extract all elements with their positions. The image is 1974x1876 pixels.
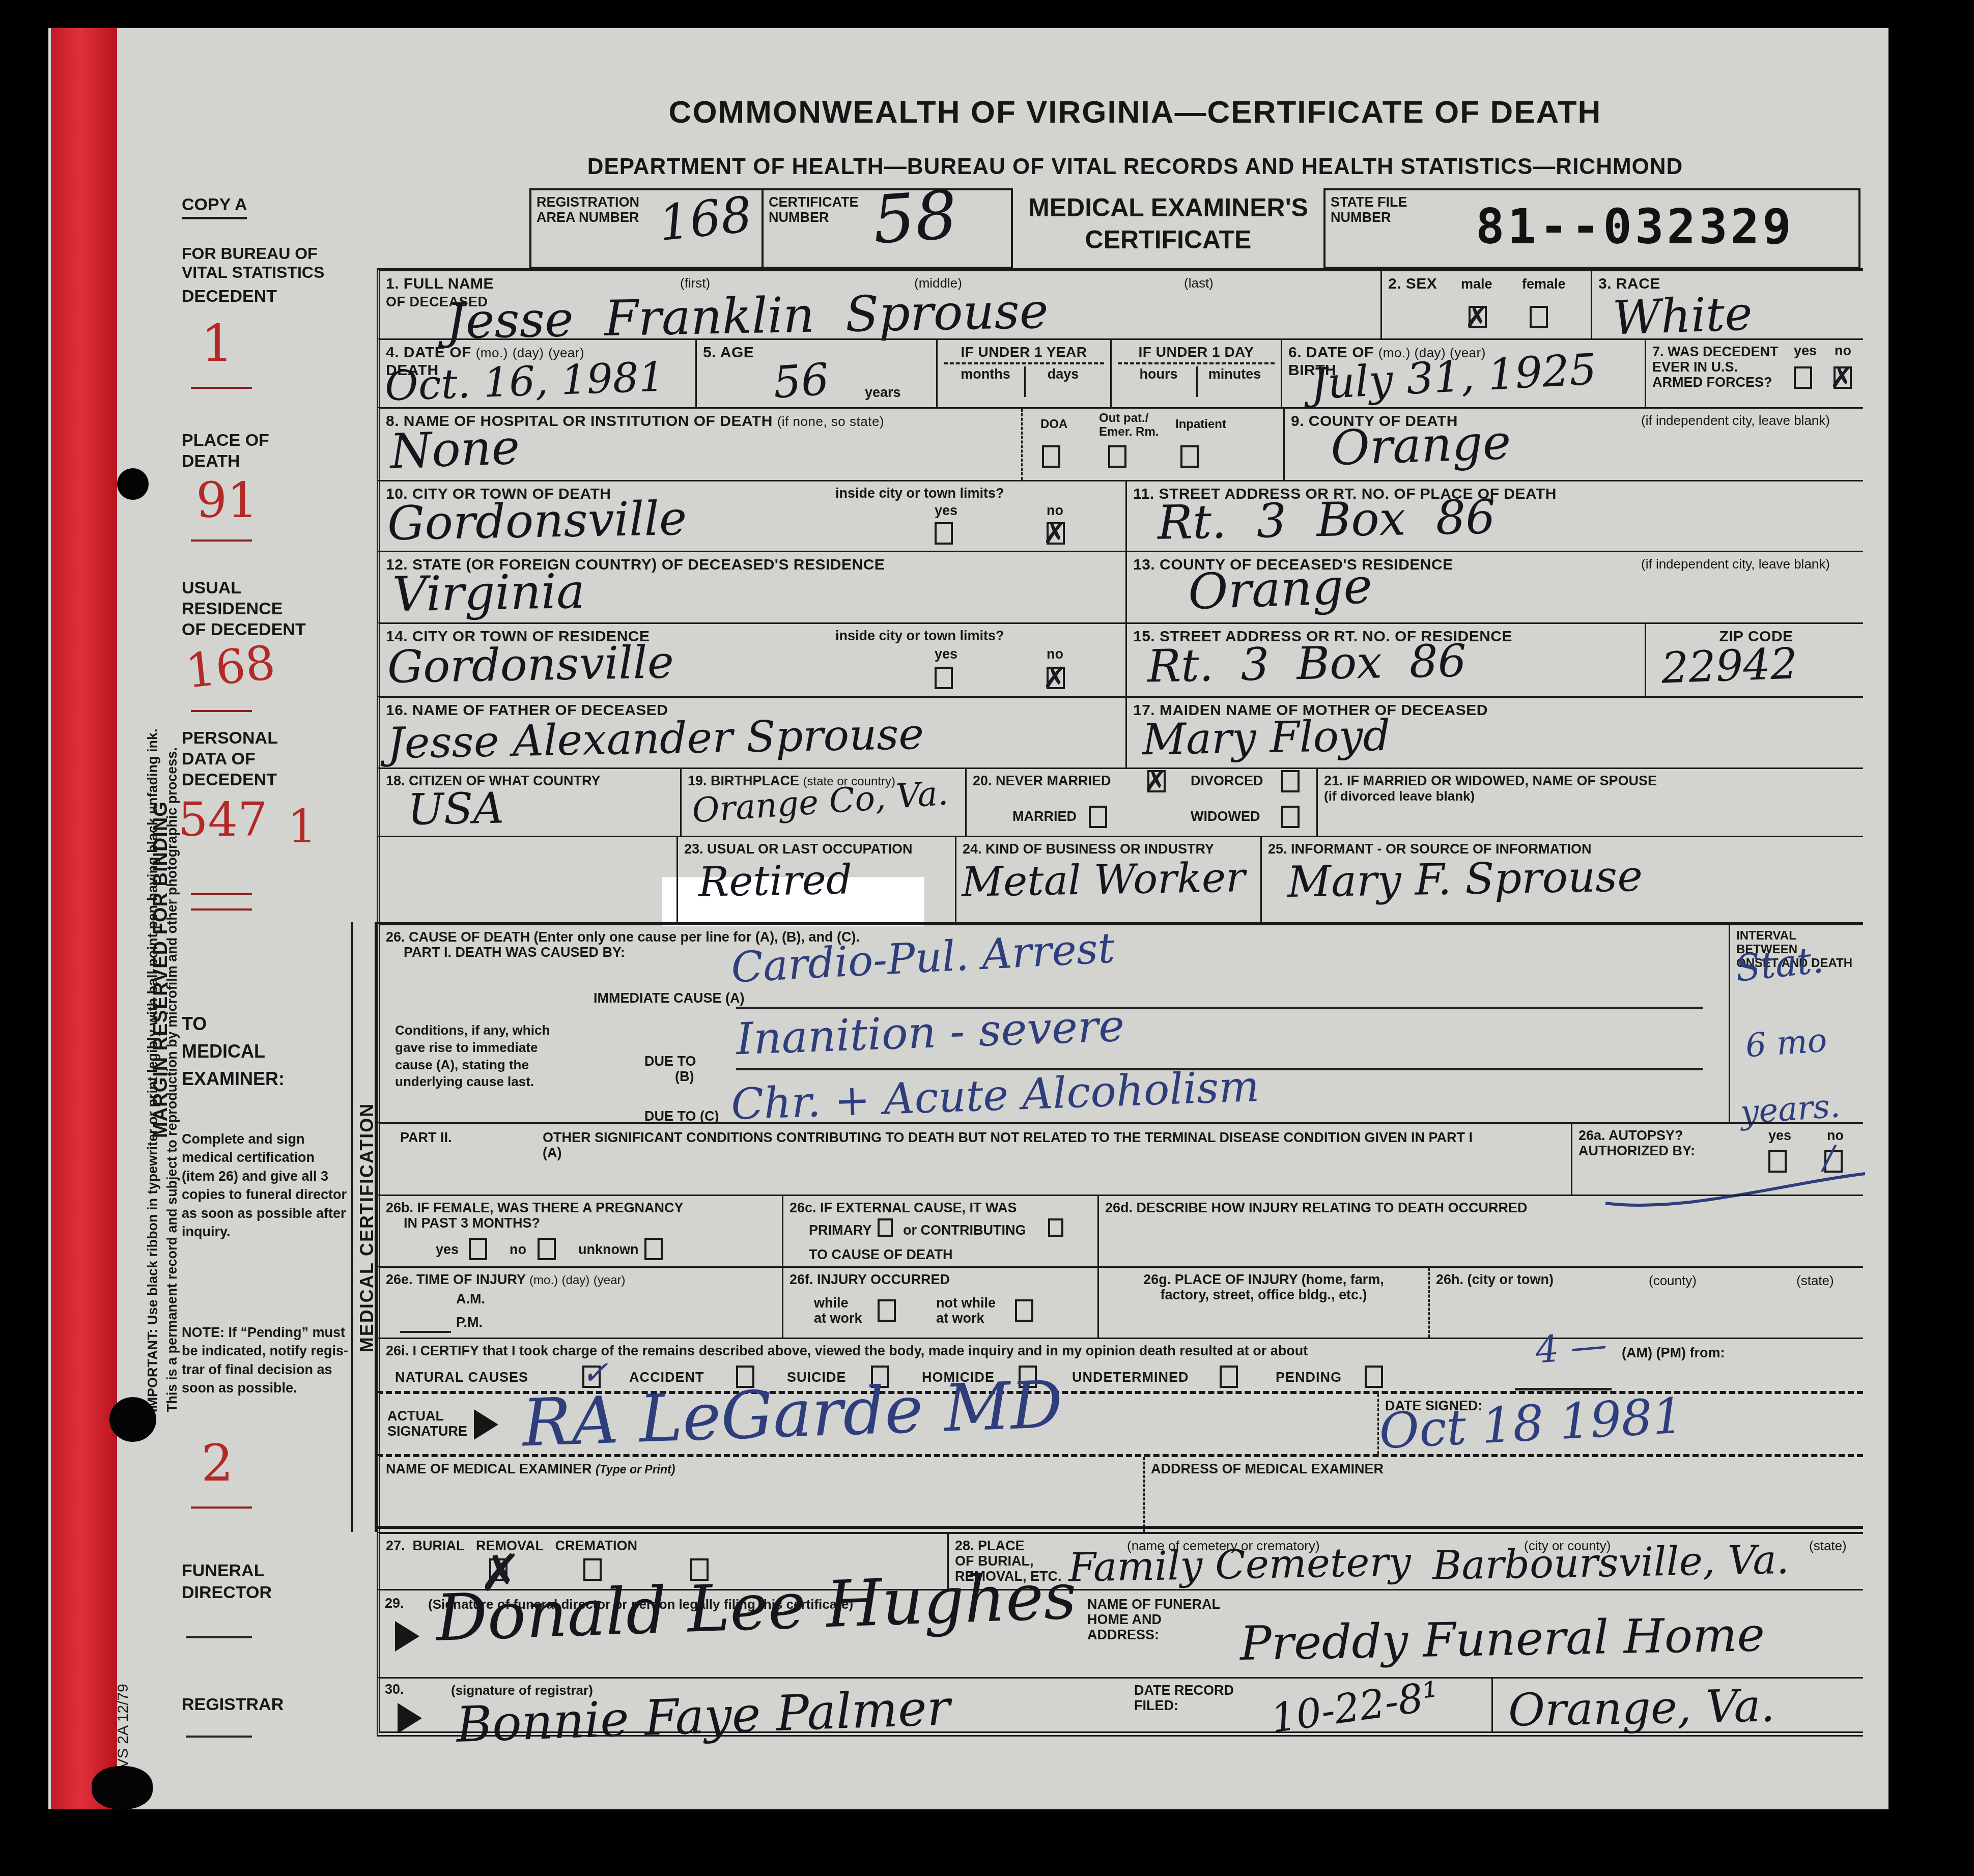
sidebar-rule (186, 1736, 252, 1738)
age-label: 5. AGE (703, 344, 754, 361)
margin-important-line2: This is a permanent record and subject t… (164, 547, 180, 1412)
sidebar-tome-line1: TO (182, 1010, 285, 1038)
father-value: Jesse Alexander Sprouse (387, 713, 924, 764)
me-address-label: ADDRESS OF MEDICAL EXAMINER (1151, 1461, 1384, 1476)
sidebar-rule (186, 1636, 252, 1638)
hole-punch-bottom (109, 1397, 156, 1442)
pen-x-mark-icon: ✗ (1042, 516, 1067, 551)
sidebar-residence-line1: USUAL (182, 578, 306, 599)
pen-x-mark-icon: ✗ (1042, 661, 1067, 695)
bureau-label-line1: FOR BUREAU OF (182, 244, 324, 263)
checkbox-pending (1365, 1366, 1383, 1388)
pregnancy-unknown-label: unknown (578, 1242, 638, 1257)
time-blank-rule (400, 1331, 451, 1333)
sidebar-funeral-line2: DIRECTOR (182, 1582, 272, 1604)
actual-signature-label: ACTUALSIGNATURE (387, 1408, 467, 1439)
pen-x-mark-icon: ✗ (1143, 764, 1168, 799)
from-blank-rule (1515, 1388, 1612, 1390)
pending-label: PENDING (1276, 1370, 1342, 1385)
natural-causes-label: NATURAL CAUSES (395, 1370, 528, 1385)
sidebar-me-note: Complete and sign medical certification … (182, 1130, 350, 1241)
checkbox-contributing (1048, 1218, 1063, 1237)
checkbox-divorced (1281, 770, 1300, 792)
hours-label: hours (1121, 366, 1196, 382)
dashed-rule (944, 362, 1104, 364)
state-file-box: STATE FILE NUMBER 81--032329 (1323, 188, 1860, 269)
county-residence-value: Orange (1187, 561, 1373, 617)
checkbox-while-at-work (878, 1299, 896, 1322)
injury-county-hint: (county) (1649, 1273, 1697, 1289)
immediate-cause-label: IMMEDIATE CAUSE (A) (594, 990, 745, 1006)
injury-occurred-label: 26f. INJURY OCCURRED (789, 1272, 950, 1287)
armed-forces-label: 7. WAS DECEDENTEVER IN U.S.ARMED FORCES? (1652, 344, 1779, 390)
checkbox-limits-yes (935, 667, 953, 689)
place-of-injury-label: 26g. PLACE OF INJURY (home, farm,factory… (1105, 1272, 1422, 1302)
sidebar-registrar: REGISTRAR (182, 1695, 284, 1715)
spouse-hint: (if divorced leave blank) (1324, 788, 1475, 804)
doa-label: DOA (1040, 418, 1067, 432)
spouse-label: 21. IF MARRIED OR WIDOWED, NAME OF SPOUS… (1324, 773, 1657, 788)
external-cause-label: 26c. IF EXTERNAL CAUSE, IT WAS (789, 1200, 1017, 1215)
item30-number: 30. (385, 1682, 404, 1697)
checkbox-forces-yes (1794, 366, 1812, 389)
certificate-number-value: 58 (871, 181, 960, 253)
county-of-death-hint: (if independent city, leave blank) (1641, 413, 1830, 429)
sidebar-place-number: 91 (196, 476, 258, 525)
cause-c-value: Chr. + Acute Alcoholism (730, 1065, 1260, 1126)
checkbox-inpatient (1180, 445, 1199, 468)
me-certificate-line2: CERTIFICATE (1016, 224, 1321, 256)
sidebar-personal-number: 547 (178, 797, 268, 843)
to-cause-label: TO CAUSE OF DEATH (809, 1247, 953, 1262)
zip-value: 22942 (1661, 642, 1798, 689)
sidebar-residence-line3: OF DECEDENT (182, 619, 306, 640)
divorced-label: DIVORCED (1191, 773, 1263, 788)
place-of-burial-value: Family Cemetery (1068, 1542, 1411, 1588)
sidebar-rule (191, 893, 252, 895)
undetermined-label: UNDETERMINED (1072, 1370, 1189, 1385)
state-hint: (state) (1809, 1538, 1847, 1554)
city-of-death-value: Gordonsville (387, 495, 687, 547)
age-years-label: years (865, 385, 901, 400)
funeral-director-signature: Donald Lee Hughes (435, 1564, 1078, 1651)
funeral-home-label: NAME OF FUNERALHOME ANDADDRESS: (1087, 1597, 1220, 1643)
widowed-label: WIDOWED (1191, 809, 1260, 824)
certificate-title: COMMONWEALTH OF VIRGINIA—CERTIFICATE OF … (384, 94, 1886, 130)
autopsy-yes-label: yes (1768, 1128, 1791, 1143)
never-married-label: 20. NEVER MARRIED (973, 773, 1111, 788)
hole-punch-top (117, 468, 149, 500)
sidebar-place-line2: DEATH (182, 451, 269, 472)
arrow-right-icon (474, 1409, 498, 1440)
arrow-right-icon (395, 1621, 419, 1652)
months-label: months (947, 366, 1024, 382)
sex-male-label: male (1461, 276, 1492, 292)
sidebar-rule (191, 539, 252, 542)
sex-label: 2. SEX (1388, 275, 1437, 292)
certificate-number-box: CERTIFICATE NUMBER 58 (764, 188, 1013, 269)
part2-label: PART II. (400, 1130, 452, 1145)
copy-label: COPY A (182, 195, 247, 219)
married-label: MARRIED (1012, 809, 1077, 824)
me-certificate-line1: MEDICAL EXAMINER'S (1016, 192, 1321, 224)
sidebar-rule (191, 387, 252, 389)
mother-value: Mary Floyd (1142, 714, 1391, 761)
date-of-birth-value: July 31, 1925 (1309, 348, 1597, 405)
autopsy-label: 26a. AUTOPSY?AUTHORIZED BY: (1578, 1128, 1695, 1158)
pregnancy-label: 26b. IF FEMALE, WAS THERE A PREGNANCYIN … (386, 1200, 684, 1231)
injury-describe-label: 26d. DESCRIBE HOW INJURY RELATING TO DEA… (1105, 1200, 1528, 1215)
checkbox-pregnancy-no (538, 1238, 556, 1260)
sidebar-rule (191, 1507, 252, 1509)
funeral-home-value: Preddy Funeral Home (1239, 1611, 1765, 1667)
pregnancy-yes-label: yes (436, 1242, 459, 1257)
checkbox-limits-no: ✗ (1047, 667, 1065, 689)
bureau-label-line2: VITAL STATISTICS (182, 263, 324, 282)
checkbox-doa (1042, 445, 1060, 468)
form-code: VS 2A 12/79 (115, 1601, 132, 1769)
margin-important-line1: IMPORTANT: Use black ribbon in typewrite… (145, 547, 161, 1412)
item29-number: 29. (385, 1596, 404, 1611)
limits-yes-label: yes (935, 503, 957, 518)
sidebar-personal-number2: 1 (288, 804, 317, 850)
outpat-label: Out pat./Emer. Rm. (1099, 412, 1159, 439)
sidebar-rule (191, 710, 252, 712)
checkbox-forces-no: ✗ (1834, 366, 1852, 389)
checkbox-pregnancy-yes (469, 1238, 487, 1260)
sex-female-label: female (1522, 276, 1566, 292)
days-label: days (1024, 366, 1101, 397)
checkbox-sex-male: ✗ (1469, 306, 1487, 328)
sidebar-personal-line1: PERSONAL (182, 728, 278, 749)
sidebar-tome-number: 2 (201, 1438, 234, 1489)
forces-no-label: no (1835, 343, 1851, 358)
sidebar-residence-number: 168 (184, 639, 277, 695)
forces-yes-label: yes (1794, 343, 1817, 358)
sidebar-decedent: DECEDENT (182, 287, 277, 306)
limits-label: inside city or town limits? (835, 486, 1004, 501)
minutes-label: minutes (1196, 366, 1272, 397)
checkbox-pregnancy-unknown (644, 1238, 663, 1260)
city-residence-value: Gordonsville (387, 640, 674, 690)
date-filed-value: 10-22-8¹ (1268, 1676, 1442, 1739)
scan-ink-blob (92, 1766, 153, 1809)
burial-city-value: Barboursville, Va. (1432, 1540, 1789, 1586)
pen-x-mark-icon: ✗ (1829, 360, 1854, 395)
sidebar-tome-line3: EXAMINER: (182, 1065, 285, 1093)
checkbox-widowed (1281, 806, 1300, 828)
pm-label: P.M. (456, 1315, 483, 1330)
certify-text: 26i. I CERTIFY that I took charge of the… (386, 1343, 1308, 1358)
medical-certification-vertical-label: MEDICAL CERTIFICATION (356, 948, 378, 1508)
injury-state-hint: (state) (1796, 1273, 1834, 1289)
cause-b-value: Inanition - severe (736, 1004, 1125, 1062)
under-1-year-label: IF UNDER 1 YEAR (961, 344, 1087, 360)
limits-no-label: no (1047, 646, 1063, 662)
street-address-death-value: Rt. 3 Box 86 (1157, 494, 1496, 547)
injury-city-label: 26h. (city or town) (1436, 1272, 1554, 1287)
time-of-injury-label: 26e. TIME OF INJURY (mo.) (day) (year) (386, 1272, 625, 1287)
checkbox-burial: ✗ (489, 1558, 507, 1581)
street-address-residence-value: Rt. 3 Box 86 (1147, 639, 1467, 689)
section-divider (377, 1526, 1863, 1529)
sidebar-residence-line2: RESIDENCE (182, 599, 306, 619)
checkbox-limits-yes (935, 522, 953, 545)
medical-examiner-signature: RA LeGarde MD (521, 1373, 1064, 1457)
race-value: White (1612, 290, 1753, 342)
arrow-right-icon (398, 1703, 422, 1733)
registrar-place-value: Orange, Va. (1508, 1683, 1775, 1732)
age-value: 56 (772, 357, 830, 405)
date-of-death-value: Oct. 16, 1981 (384, 356, 665, 407)
inpatient-label: Inpatient (1175, 418, 1226, 432)
checkbox-not-while-at-work (1015, 1299, 1033, 1322)
sidebar-place-line1: PLACE OF (182, 430, 269, 451)
citizen-value: USA (407, 786, 504, 831)
due-to-b-label: DUE TO(B) (644, 1054, 696, 1084)
state-file-value: 81--032329 (1476, 200, 1794, 255)
checkbox-limits-no: ✗ (1047, 522, 1065, 545)
checkbox-undetermined (1220, 1366, 1238, 1388)
registration-area-value: 168 (656, 190, 754, 248)
hospital-value: None (389, 424, 520, 476)
business-value: Metal Worker (961, 857, 1246, 903)
state-residence-value: Virginia (392, 568, 585, 619)
under-1-day-label: IF UNDER 1 DAY (1139, 344, 1254, 360)
binding-red-stripe (51, 28, 117, 1809)
sidebar-personal-line2: DATA OF (182, 749, 278, 770)
me-name-label: NAME OF MEDICAL EXAMINER (Type or Print) (386, 1461, 675, 1476)
occupation-value: Retired (698, 859, 852, 902)
primary-label: PRIMARY (809, 1223, 872, 1238)
date-filed-label: DATE RECORDFILED: (1134, 1683, 1234, 1713)
fullname-value: Jesse Franklin Sprouse (445, 287, 1049, 346)
due-to-c-label: DUE TO (C) (644, 1108, 719, 1124)
sidebar-personal-line3: DECEDENT (182, 770, 278, 790)
sidebar-tome-line2: MEDICAL (182, 1038, 285, 1065)
conditions-note: Conditions, if any, which gave rise to i… (395, 1022, 558, 1091)
informant-value: Mary F. Sprouse (1287, 855, 1643, 903)
sidebar-rule (191, 908, 252, 911)
sidebar-decedent-number: 1 (201, 318, 234, 369)
certificate-subtitle: DEPARTMENT OF HEALTH—BUREAU OF VITAL REC… (384, 154, 1886, 180)
limits-yes-label: yes (935, 646, 957, 662)
interval-a-value: Stat. (1734, 941, 1825, 987)
pen-x-mark-icon: ✗ (1464, 300, 1489, 334)
sidebar-pending-note: NOTE: If “Pending” must be indicated, no… (182, 1323, 350, 1398)
certify-time-value: 4 — (1534, 1326, 1608, 1369)
last-hint: (last) (1184, 275, 1214, 291)
occupation-label: 23. USUAL OR LAST OCCUPATION (684, 841, 913, 857)
checkbox-never-married: ✗ (1147, 770, 1166, 792)
certificate-sheet: MARGIN RESERVED FOR BINDING IMPORTANT: U… (48, 28, 1888, 1809)
checkbox-outpatient (1108, 445, 1126, 468)
am-label: A.M. (456, 1291, 485, 1306)
limits-label: inside city or town limits? (835, 628, 1004, 643)
or-contributing-label: or CONTRIBUTING (903, 1223, 1026, 1238)
part2-text: OTHER SIGNIFICANT CONDITIONS CONTRIBUTIN… (543, 1130, 1484, 1160)
ampm-label: (AM) (PM) from: (1622, 1345, 1725, 1360)
not-while-at-work-label: not whileat work (936, 1295, 996, 1326)
checkbox-married (1089, 806, 1107, 828)
date-signed-value: Oct 18 1981 (1378, 1391, 1685, 1456)
county-of-death-value: Orange (1330, 419, 1511, 473)
registration-area-box: REGISTRATION AREA NUMBER 168 (529, 188, 764, 269)
medical-certification-band: MEDICAL CERTIFICATION (351, 922, 377, 1532)
checkbox-sex-female (1530, 306, 1548, 328)
dashed-rule (1118, 362, 1275, 364)
sidebar-funeral-line1: FUNERAL (182, 1560, 272, 1582)
county-residence-hint: (if independent city, leave blank) (1641, 556, 1830, 572)
while-at-work-label: whileat work (814, 1295, 862, 1326)
interval-b-value: 6 mo (1744, 1024, 1828, 1062)
pregnancy-no-label: no (510, 1242, 526, 1257)
checkbox-primary (878, 1218, 893, 1237)
